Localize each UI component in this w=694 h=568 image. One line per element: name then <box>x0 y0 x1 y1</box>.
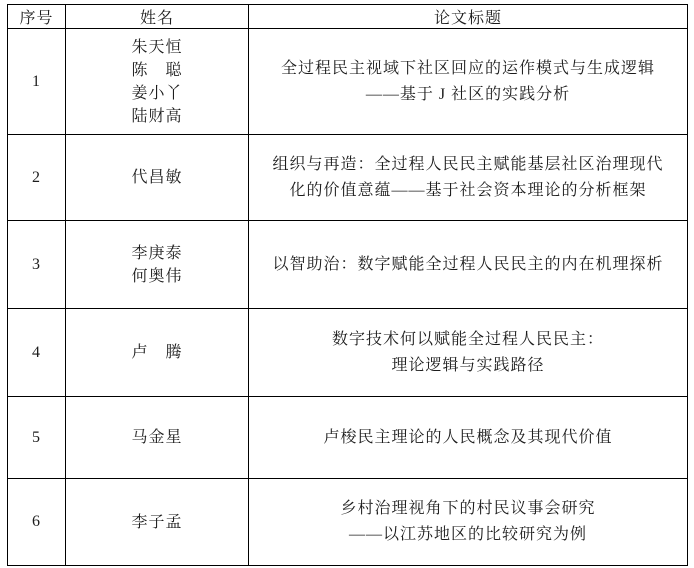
paper-title-line: 全过程民主视域下社区回应的运作模式与生成逻辑 <box>249 56 687 82</box>
cell-names: 李子孟 <box>66 479 249 566</box>
col-header-names: 姓名 <box>66 5 249 29</box>
table-row: 3李庚泰何奥伟以智助治：数字赋能全过程人民民主的内在机理探析 <box>8 221 688 309</box>
paper-title-line: ——以江苏地区的比较研究为例 <box>249 522 687 548</box>
paper-title-line: 乡村治理视角下的村民议事会研究 <box>249 496 687 522</box>
paper-title-line: 理论逻辑与实践路径 <box>249 353 687 379</box>
paper-title-line: 卢梭民主理论的人民概念及其现代价值 <box>249 425 687 451</box>
col-header-title: 论文标题 <box>249 5 688 29</box>
cell-title: 卢梭民主理论的人民概念及其现代价值 <box>249 397 688 479</box>
papers-table: 序号 姓名 论文标题 1朱天恒陈 聪姜小丫陆财高全过程民主视域下社区回应的运作模… <box>7 4 688 566</box>
author-name: 陆财高 <box>66 105 248 128</box>
cell-index: 1 <box>8 29 66 135</box>
cell-names: 朱天恒陈 聪姜小丫陆财高 <box>66 29 249 135</box>
table-row: 6李子孟乡村治理视角下的村民议事会研究——以江苏地区的比较研究为例 <box>8 479 688 566</box>
cell-title: 乡村治理视角下的村民议事会研究——以江苏地区的比较研究为例 <box>249 479 688 566</box>
cell-names: 代昌敏 <box>66 135 249 221</box>
cell-title: 以智助治：数字赋能全过程人民民主的内在机理探析 <box>249 221 688 309</box>
papers-table-header: 序号 姓名 论文标题 <box>8 5 688 29</box>
cell-names: 马金星 <box>66 397 249 479</box>
document-page: 序号 姓名 论文标题 1朱天恒陈 聪姜小丫陆财高全过程民主视域下社区回应的运作模… <box>0 0 694 568</box>
cell-names: 李庚泰何奥伟 <box>66 221 249 309</box>
author-name: 代昌敏 <box>66 166 248 189</box>
header-row: 序号 姓名 论文标题 <box>8 5 688 29</box>
cell-index: 2 <box>8 135 66 221</box>
paper-title-line: 数字技术何以赋能全过程人民民主： <box>249 327 687 353</box>
paper-title-line: 以智助治：数字赋能全过程人民民主的内在机理探析 <box>249 252 687 278</box>
paper-title-line: 化的价值意蕴——基于社会资本理论的分析框架 <box>249 178 687 204</box>
author-name: 何奥伟 <box>66 265 248 288</box>
cell-title: 组织与再造：全过程人民民主赋能基层社区治理现代化的价值意蕴——基于社会资本理论的… <box>249 135 688 221</box>
cell-names: 卢 腾 <box>66 309 249 397</box>
author-name: 陈 聪 <box>66 59 248 82</box>
table-row: 1朱天恒陈 聪姜小丫陆财高全过程民主视域下社区回应的运作模式与生成逻辑——基于 … <box>8 29 688 135</box>
papers-table-body: 1朱天恒陈 聪姜小丫陆财高全过程民主视域下社区回应的运作模式与生成逻辑——基于 … <box>8 29 688 566</box>
author-name: 马金星 <box>66 426 248 449</box>
cell-index: 6 <box>8 479 66 566</box>
cell-title: 全过程民主视域下社区回应的运作模式与生成逻辑——基于 J 社区的实践分析 <box>249 29 688 135</box>
author-name: 卢 腾 <box>66 341 248 364</box>
cell-index: 5 <box>8 397 66 479</box>
paper-title-line: ——基于 J 社区的实践分析 <box>249 82 687 108</box>
author-name: 姜小丫 <box>66 82 248 105</box>
author-name: 李子孟 <box>66 511 248 534</box>
table-row: 5马金星卢梭民主理论的人民概念及其现代价值 <box>8 397 688 479</box>
paper-title-line: 组织与再造：全过程人民民主赋能基层社区治理现代 <box>249 152 687 178</box>
table-row: 2代昌敏组织与再造：全过程人民民主赋能基层社区治理现代化的价值意蕴——基于社会资… <box>8 135 688 221</box>
col-header-index: 序号 <box>8 5 66 29</box>
table-row: 4卢 腾数字技术何以赋能全过程人民民主：理论逻辑与实践路径 <box>8 309 688 397</box>
author-name: 朱天恒 <box>66 36 248 59</box>
author-name: 李庚泰 <box>66 242 248 265</box>
cell-title: 数字技术何以赋能全过程人民民主：理论逻辑与实践路径 <box>249 309 688 397</box>
cell-index: 4 <box>8 309 66 397</box>
cell-index: 3 <box>8 221 66 309</box>
